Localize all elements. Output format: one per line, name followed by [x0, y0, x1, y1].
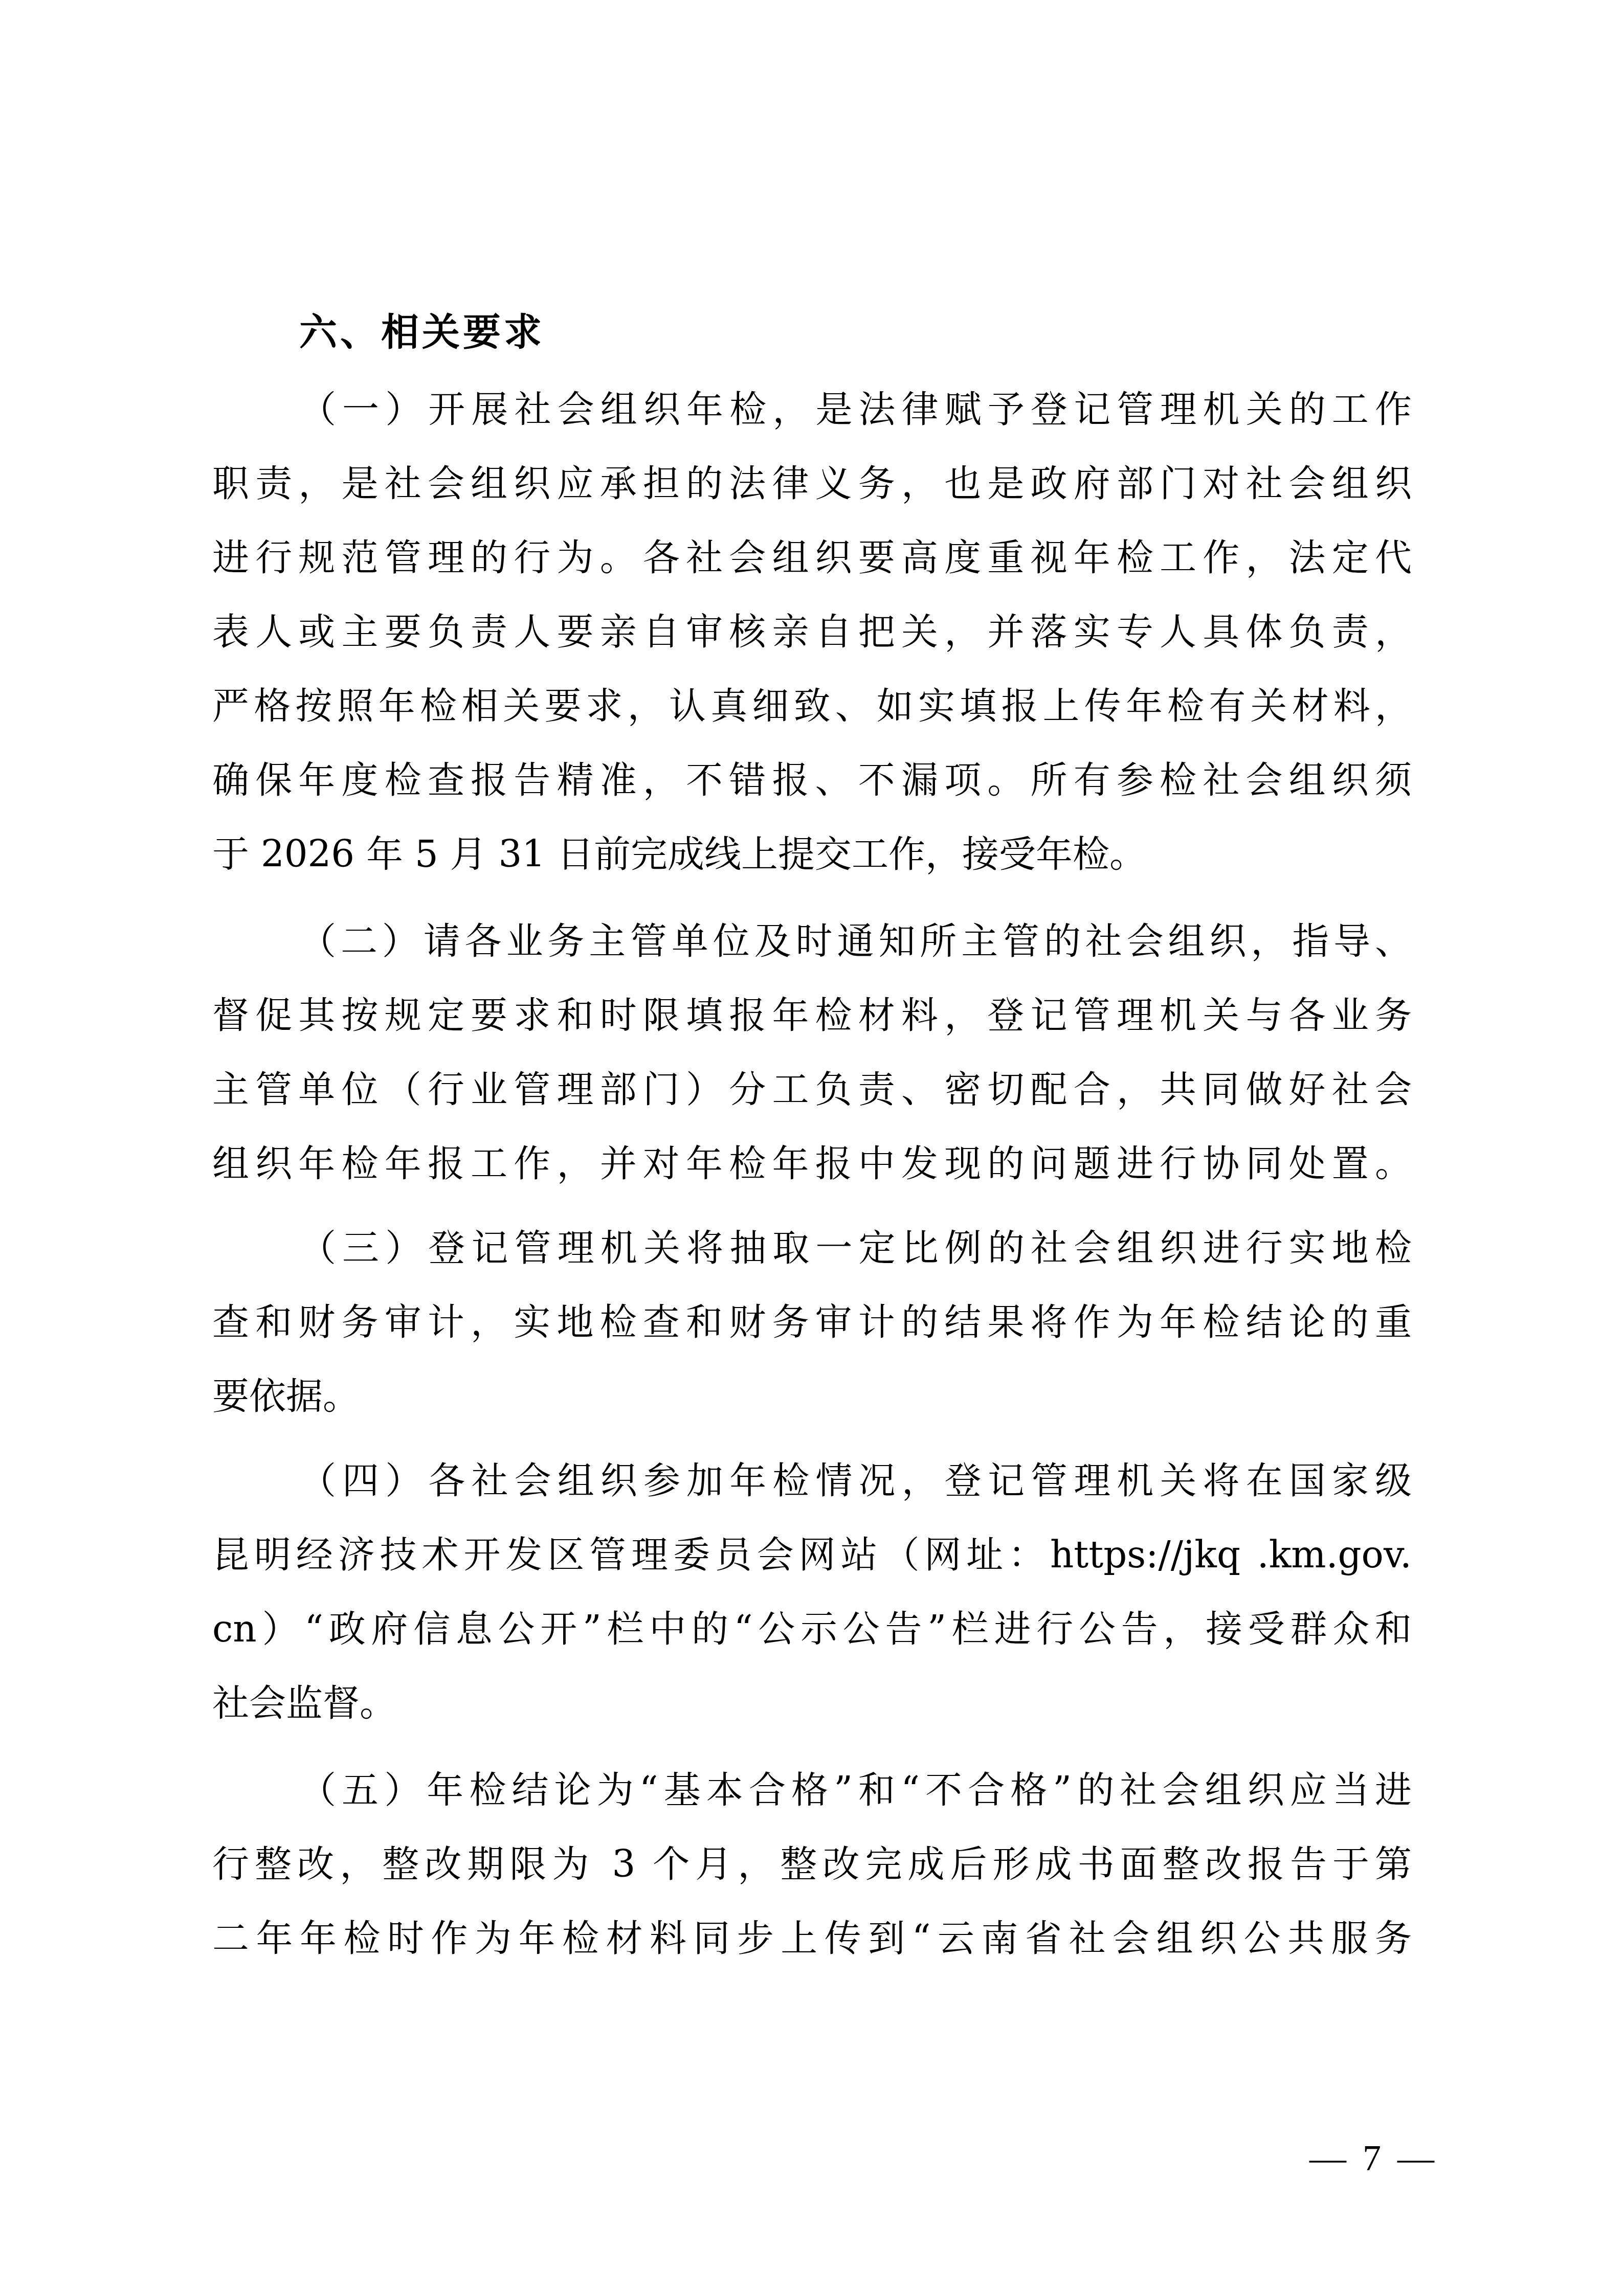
paragraph-3-line-3: 要依据。	[212, 1370, 1412, 1422]
paragraph-4-line-1: （四）各社会组织参加年检情况，登记管理机关将在国家级	[299, 1455, 1412, 1506]
paragraph-2-line-3: 主管单位（行业管理部门）分工负责、密切配合，共同做好社会	[212, 1064, 1412, 1115]
paragraph-1-line-2: 职责，是社会组织应承担的法律义务，也是政府部门对社会组织	[212, 458, 1412, 509]
paragraph-4-line-3: cn）“政府信息公开”栏中的“公示公告”栏进行公告，接受群众和	[212, 1603, 1412, 1654]
paragraph-1-line-5: 严格按照年检相关要求，认真细致、如实填报上传年检有关材料，	[212, 680, 1412, 731]
document-page: 六、相关要求 （一）开展社会组织年检，是法律赋予登记管理机关的工作 职责，是社会…	[0, 0, 1624, 2296]
paragraph-4-line-2: 昆明经济技术开发区管理委员会网站（网址：https://jkq .km.gov.	[212, 1529, 1412, 1580]
paragraph-1-line-4: 表人或主要负责人要亲自审核亲自把关，并落实专人具体负责，	[212, 606, 1412, 657]
paragraph-1-line-1: （一）开展社会组织年检，是法律赋予登记管理机关的工作	[299, 384, 1412, 435]
paragraph-3-line-2: 查和财务审计，实地检查和财务审计的结果将作为年检结论的重	[212, 1296, 1412, 1347]
paragraph-1-line-3: 进行规范管理的行为。各社会组织要高度重视年检工作，法定代	[212, 532, 1412, 583]
paragraph-1-line-7: 于 2026 年 5 月 31 日前完成线上提交工作，接受年检。	[212, 828, 1412, 880]
paragraph-2-line-1: （二）请各业务主管单位及时通知所主管的社会组织，指导、	[299, 915, 1412, 966]
paragraph-4-line-4: 社会监督。	[212, 1677, 1412, 1728]
paragraph-5-line-3: 二年年检时作为年检材料同步上传到“云南省社会组织公共服务	[212, 1912, 1412, 1964]
section-heading: 六、相关要求	[299, 307, 545, 358]
paragraph-2-line-4: 组织年检年报工作，并对年检年报中发现的问题进行协同处置。	[212, 1138, 1412, 1189]
paragraph-3-line-1: （三）登记管理机关将抽取一定比例的社会组织进行实地检	[299, 1222, 1412, 1273]
paragraph-2-line-2: 督促其按规定要求和时限填报年检材料，登记管理机关与各业务	[212, 989, 1412, 1041]
paragraph-5-line-2: 行整改，整改期限为 3 个月，整改完成后形成书面整改报告于第	[212, 1838, 1412, 1889]
page-number: — 7 —	[1309, 2132, 1434, 2184]
paragraph-1-line-6: 确保年度检查报告精准，不错报、不漏项。所有参检社会组织须	[212, 754, 1412, 805]
paragraph-5-line-1: （五）年检结论为“基本合格”和“不合格”的社会组织应当进	[299, 1764, 1412, 1815]
